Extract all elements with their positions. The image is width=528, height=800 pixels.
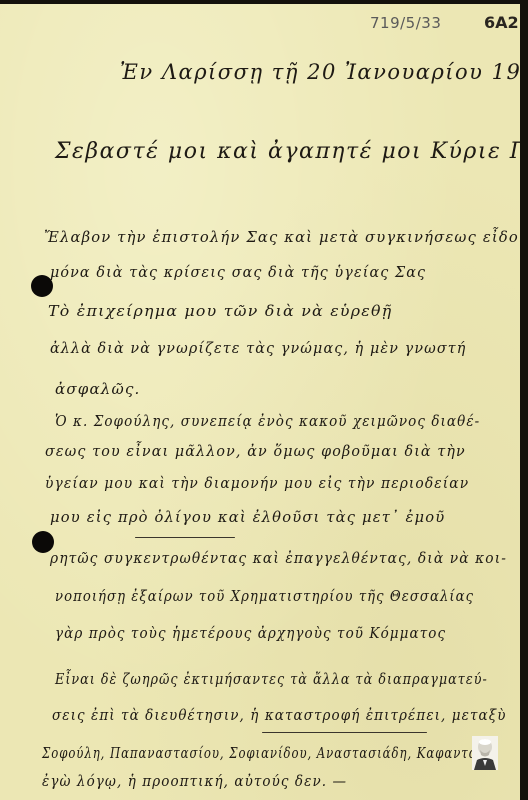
- archive-reference: 719/5/33: [370, 14, 441, 32]
- letter-page: 719/5/33 6A2 Ἐν Λαρίσσῃ τῇ 20 Ἰανουαρίου…: [0, 4, 520, 800]
- body-line: μόνα διὰ τὰς κρίσεις σας διὰ τῆς ὑγείας …: [50, 263, 426, 281]
- body-line: Εἶναι δὲ ζωηρῶς ἐκτιμήσαντες τὰ ἄλλα τὰ …: [55, 670, 488, 688]
- body-line: Τὸ ἐπιχείρημα μου τῶν διὰ νὰ εὑρεθῇ: [48, 302, 392, 320]
- body-line: μου εἰς πρὸ ὀλίγου καὶ ἐλθοῦσι τὰς μετ᾽ …: [50, 508, 445, 526]
- body-line: ρητῶς συγκεντρωθέντας καὶ ἐπαγγελθέντας,…: [50, 549, 507, 567]
- body-line: Ὁ κ. Σοφούλης, συνεπείᾳ ἐνὸς κακοῦ χειμῶ…: [55, 412, 480, 430]
- body-line: ἐγὼ λόγῳ, ἡ προοπτική, αὐτούς δεν. —: [42, 772, 347, 790]
- folio-number: 6A2: [484, 13, 519, 32]
- body-line: σεις ἐπὶ τὰ διευθέτησιν, ἡ καταστροφή ἐπ…: [52, 706, 507, 724]
- punch-hole: [32, 531, 54, 553]
- underline-mark: [262, 732, 427, 733]
- dateline: Ἐν Λαρίσσῃ τῇ 20 Ἰανουαρίου 1936: [120, 60, 528, 84]
- punch-hole: [31, 275, 53, 297]
- body-line: Ἔλαβον τὴν ἐπιστολήν Σας καὶ μετὰ συγκιν…: [44, 228, 528, 246]
- underline-mark: [135, 537, 235, 538]
- body-line: Σοφούλη, Παπαναστασίου, Σοφιανίδου, Ανασ…: [42, 744, 498, 762]
- body-line: ἀσφαλῶς.: [55, 380, 141, 398]
- body-line: ὑγείαν μου καὶ τὴν διαμονήν μου εἰς τὴν …: [45, 474, 469, 492]
- salutation: Σεβαστέ μοι καὶ ἀγαπητέ μοι Κύριε Πρόεδρ…: [55, 139, 528, 164]
- portrait-watermark-icon: [472, 736, 498, 770]
- body-line: νοποιήσῃ ἐξαίρων τοῦ Χρηματιστηρίου τῆς …: [55, 587, 474, 605]
- body-line: σεως του εἶναι μᾶλλον, ἀν ὅμως φοβοῦμαι …: [45, 442, 466, 460]
- scan-right-border: [520, 0, 528, 800]
- body-line: ἀλλὰ διὰ νὰ γνωρίζετε τὰς γνώμας, ἡ μὲν …: [50, 339, 466, 357]
- body-line: γὰρ πρὸς τοὺς ἡμετέρους ἀρχηγοὺς τοῦ Κόμ…: [55, 624, 446, 642]
